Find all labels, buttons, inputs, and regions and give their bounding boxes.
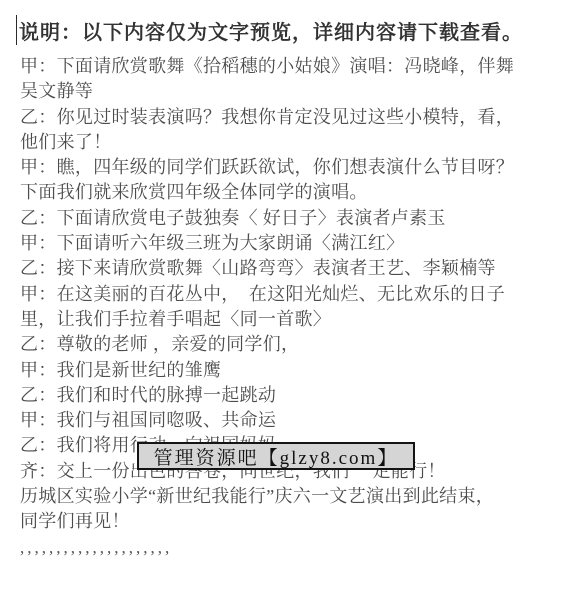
text-line: 同学们再见！ <box>20 509 565 534</box>
text-line: 甲：我们与祖国同唿吸、共命运 <box>20 408 565 433</box>
text-line: 吴文静等 <box>20 79 565 104</box>
text-line: 乙：接下来请欣赏歌舞〈山路弯弯〉表演者王艺、李颖楠等 <box>20 256 565 281</box>
text-line: 他们来了！ <box>20 130 565 155</box>
text-line: 乙：我们和时代的脉搏一起跳动 <box>20 383 565 408</box>
text-line: 里，让我们手拉着手唱起〈同一首歌〉 <box>20 307 565 332</box>
text-line: 甲：在这美丽的百花丛中， 在这阳光灿烂、无比欢乐的日子 <box>20 282 565 307</box>
text-line: 甲：下面请听六年级三班为大家朗诵〈满江红〉 <box>20 231 565 256</box>
text-line: 下面我们就来欣赏四年级全体同学的演唱。 <box>20 180 565 205</box>
text-line: 甲：下面请欣赏歌舞《拾稻穗的小姑娘》演唱：冯晓峰，伴舞 <box>20 54 565 79</box>
text-line: 乙：你见过时装表演吗？我想你肯定没见过这些小模特，看， <box>20 105 565 130</box>
text-line: 乙：尊敬的老师 ，亲爱的同学们， <box>20 332 565 357</box>
text-line: 历城区实验小学“新世纪我能行”庆六一文艺演出到此结束， <box>20 484 565 509</box>
text-line: 乙：下面请欣赏电子鼓独奏〈 好日子〉表演者卢素玉 <box>20 206 565 231</box>
document-body: 甲：下面请欣赏歌舞《拾稻穗的小姑娘》演唱：冯晓峰，伴舞 吴文静等 乙：你见过时装… <box>20 54 565 560</box>
text-cursor <box>16 15 17 45</box>
document-preview-page: 说明：以下内容仅为文字预览，详细内容请下载查看。 甲：下面请欣赏歌舞《拾稻穗的小… <box>0 0 578 600</box>
preview-notice-heading: 说明：以下内容仅为文字预览，详细内容请下载查看。 <box>19 16 523 45</box>
text-line: 甲：我们是新世纪的雏鹰 <box>20 358 565 383</box>
watermark-badge: 管理资源吧【glzy8.com】 <box>137 442 415 470</box>
trailing-dots-line: ,,,,,,,,,,,,,,,,,,,,, <box>20 535 565 560</box>
text-line: 甲：瞧，四年级的同学们跃跃欲试，你们想表演什么节目呀？ <box>20 155 565 180</box>
